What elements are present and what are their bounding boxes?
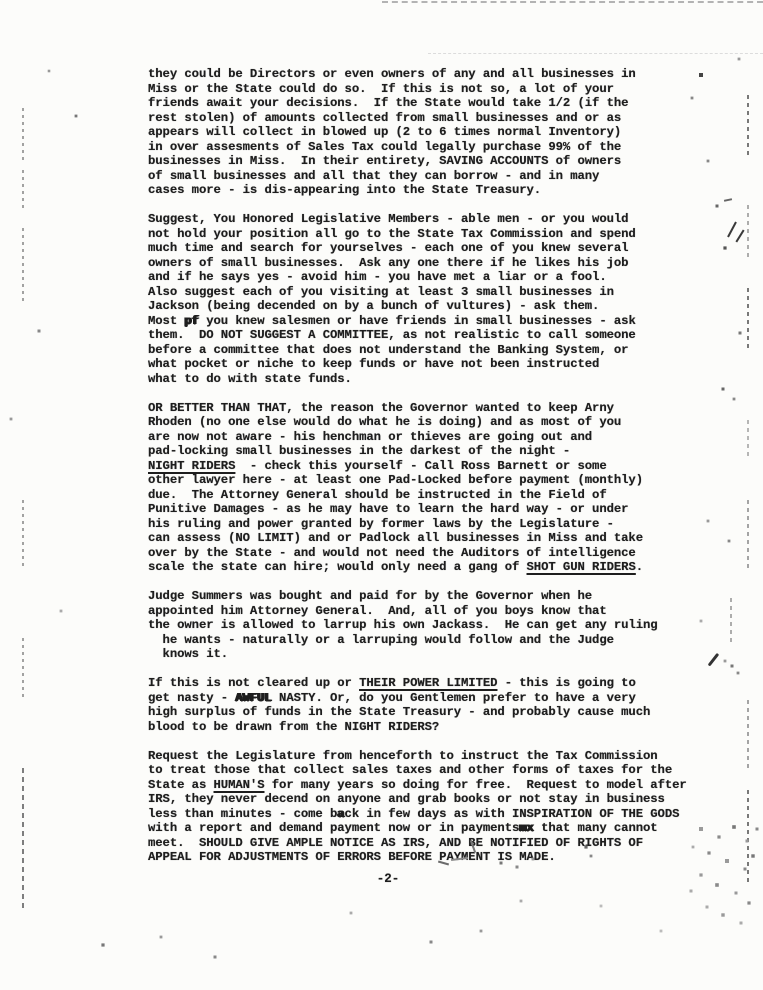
text-line: with a report and demand payment now or … bbox=[148, 821, 728, 836]
paragraph: Suggest, You Honored Legislative Members… bbox=[148, 212, 728, 386]
paragraph: Judge Summers was bought and paid for by… bbox=[148, 589, 728, 662]
text-line: not hold your position all go to the Sta… bbox=[148, 227, 728, 242]
scan-artifact-pen-squiggle bbox=[727, 222, 737, 238]
text-line: appointed him Attorney General. And, all… bbox=[148, 604, 728, 619]
scan-artifact-faint-dashed-line bbox=[428, 53, 763, 54]
text-line: before a committee that does not underst… bbox=[148, 343, 728, 358]
scan-artifact-top-dashed-line bbox=[382, 1, 763, 3]
text-line: Rhoden (no one else would do what he is … bbox=[148, 415, 728, 430]
scan-artifact-left-edge-line bbox=[22, 228, 24, 302]
scan-artifact-right-edge-line bbox=[747, 288, 749, 348]
text-line: due. The Attorney General should be inst… bbox=[148, 488, 728, 503]
scan-artifact-left-edge-line bbox=[22, 170, 24, 212]
text-line: owners of small businesses. Ask any one … bbox=[148, 256, 728, 271]
scan-artifact-left-edge-line bbox=[22, 638, 24, 700]
scanned-document-page: they could be Directors or even owners o… bbox=[0, 0, 763, 990]
text-line: get nasty - AWFUL NASTY. Or, do you Gent… bbox=[148, 691, 728, 706]
scan-artifact-specks bbox=[0, 0, 2, 2]
scan-artifact-pen-squiggle bbox=[735, 230, 744, 243]
page-number: -2- bbox=[148, 872, 628, 886]
text-line: Jackson (being decended on by a bunch of… bbox=[148, 299, 728, 314]
scan-artifact-right-edge-line bbox=[747, 700, 749, 770]
text-line: in over assesments of Sales Tax could le… bbox=[148, 140, 728, 155]
text-line: Miss or the State could do so. If this i… bbox=[148, 82, 728, 97]
text-line: Punitive Damages - as he may have to lea… bbox=[148, 502, 728, 517]
text-line: them. DO NOT SUGGEST A COMMITTEE, as not… bbox=[148, 328, 728, 343]
text-line: other lawyer here - at least one Pad-Loc… bbox=[148, 473, 728, 488]
scan-artifact-right-edge-line bbox=[747, 95, 749, 157]
text-line: If this is not cleared up or THEIR POWER… bbox=[148, 676, 728, 691]
scan-artifact-noise-cluster bbox=[0, 0, 2, 2]
text-line: pad-locking small businesses in the dark… bbox=[148, 444, 728, 459]
text-line: friends await your decisions. If the Sta… bbox=[148, 96, 728, 111]
text-line: meet. SHOULD GIVE AMPLE NOTICE AS IRS, A… bbox=[148, 836, 728, 851]
text-line: can assess (NO LIMIT) and or Padlock all… bbox=[148, 531, 728, 546]
scan-artifact-left-edge-line bbox=[22, 768, 24, 908]
text-line: appears will collect in blowed up (2 to … bbox=[148, 125, 728, 140]
scan-artifact-right-edge-line bbox=[747, 790, 749, 885]
text-line: Judge Summers was bought and paid for by… bbox=[148, 589, 728, 604]
text-line: the owner is allowed to larrup his own J… bbox=[148, 618, 728, 633]
text-line: and if he says yes - avoid him - you hav… bbox=[148, 270, 728, 285]
text-line: rest stolen) of amounts collected from s… bbox=[148, 111, 728, 126]
text-line: what to do with state funds. bbox=[148, 372, 728, 387]
scan-artifact-right-edge-line bbox=[747, 500, 749, 570]
text-line: they could be Directors or even owners o… bbox=[148, 67, 728, 82]
text-line: what pocket or niche to keep funds or ha… bbox=[148, 357, 728, 372]
text-line: State as HUMAN'S for many years so doing… bbox=[148, 778, 728, 793]
paragraph: OR BETTER THAN THAT, the reason the Gove… bbox=[148, 401, 728, 575]
text-line: IRS, they never decend on anyone and gra… bbox=[148, 792, 728, 807]
text-line: high surplus of funds in the State Treas… bbox=[148, 705, 728, 720]
text-line: scale the state can hire; would only nee… bbox=[148, 560, 728, 575]
text-line: his ruling and power granted by former l… bbox=[148, 517, 728, 532]
text-line: Most pf you knew salesmen or have friend… bbox=[148, 314, 728, 329]
scan-artifact-right-edge-line bbox=[730, 598, 732, 643]
document-body: they could be Directors or even owners o… bbox=[148, 67, 728, 879]
text-line: over by the State - and would not need t… bbox=[148, 546, 728, 561]
text-line: to treat those that collect sales taxes … bbox=[148, 763, 728, 778]
scan-artifact-left-edge-line bbox=[22, 500, 24, 570]
text-line: blood to be drawn from the NIGHT RIDERS? bbox=[148, 720, 728, 735]
text-line: less than minutes - come back in few day… bbox=[148, 807, 728, 822]
text-line: knows it. bbox=[148, 647, 728, 662]
text-line: much time and search for yourselves - ea… bbox=[148, 241, 728, 256]
text-line: Also suggest each of you visiting at lea… bbox=[148, 285, 728, 300]
text-line: NIGHT RIDERS - check this yourself - Cal… bbox=[148, 459, 728, 474]
text-line: Suggest, You Honored Legislative Members… bbox=[148, 212, 728, 227]
text-line: of small businesses and all that they ca… bbox=[148, 169, 728, 184]
text-line: are now not aware - his henchman or thie… bbox=[148, 430, 728, 445]
text-line: Request the Legislature from henceforth … bbox=[148, 749, 728, 764]
text-line: businesses in Miss. In their entirety, S… bbox=[148, 154, 728, 169]
text-line: OR BETTER THAN THAT, the reason the Gove… bbox=[148, 401, 728, 416]
text-line: APPEAL FOR ADJUSTMENTS OF ERRORS BEFORE … bbox=[148, 850, 728, 865]
scan-artifact-right-edge-line bbox=[747, 420, 749, 460]
paragraph: they could be Directors or even owners o… bbox=[148, 67, 728, 198]
paragraph: Request the Legislature from henceforth … bbox=[148, 749, 728, 865]
text-line: he wants - naturally or a larruping woul… bbox=[148, 633, 728, 648]
scan-artifact-right-edge-line bbox=[747, 205, 749, 260]
scan-artifact-left-edge-line bbox=[22, 108, 24, 160]
text-line: cases more - is dis-appearing into the S… bbox=[148, 183, 728, 198]
paragraph: If this is not cleared up or THEIR POWER… bbox=[148, 676, 728, 734]
